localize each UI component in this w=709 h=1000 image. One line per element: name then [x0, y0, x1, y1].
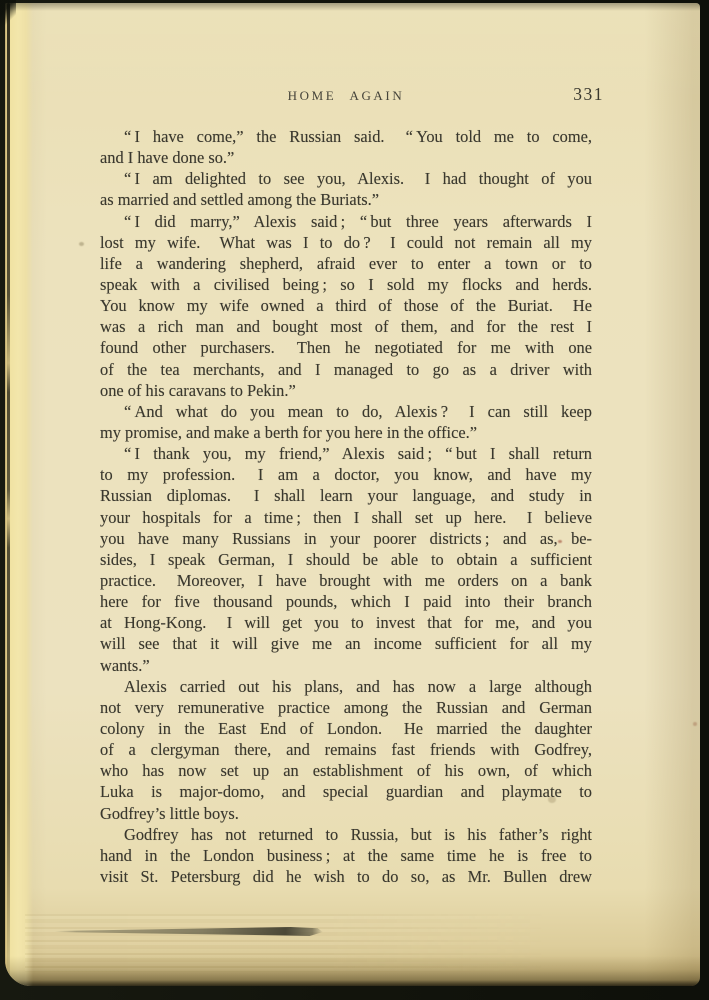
running-head-title: HOME AGAIN — [100, 87, 592, 105]
text-line: “ I thank you, my friend,” Alexis said ;… — [100, 443, 592, 464]
paper-speck — [693, 722, 697, 726]
text-line: You know my wife owned a third of those … — [100, 295, 592, 316]
text-line: will see that it will give me an income … — [100, 633, 592, 654]
text-line: found other purchasers. Then he negotiat… — [100, 337, 592, 358]
text-line: was a rich man and bought most of them, … — [100, 316, 592, 337]
text-line: as married and settled among the Buriats… — [100, 189, 592, 210]
page-number: 331 — [573, 84, 604, 105]
text-line: you have many Russians in your poorer di… — [100, 528, 592, 549]
text-line: life a wandering shepherd, afraid ever t… — [100, 253, 592, 274]
text-line: “ I am delighted to see you, Alexis. I h… — [100, 168, 592, 189]
text-line: Russian diplomas. I shall learn your lan… — [100, 485, 592, 506]
book-photo: HOME AGAIN 331 “ I have come,” the Russi… — [0, 0, 709, 1000]
text-line: not very remunerative practice among the… — [100, 697, 592, 718]
paper-speck — [79, 242, 84, 246]
book-page: HOME AGAIN 331 “ I have come,” the Russi… — [5, 3, 700, 986]
text-line: Alexis carried out his plans, and has no… — [100, 676, 592, 697]
binding-crease — [7, 3, 10, 976]
text-line: of the tea merchants, and I managed to g… — [100, 359, 592, 380]
text-line: Luka is major-domo, and special guardian… — [100, 781, 592, 802]
text-line: speak with a civilised being ; so I sold… — [100, 274, 592, 295]
text-line: lost my wife. What was I to do ? I could… — [100, 232, 592, 253]
text-line: one of his caravans to Pekin.” — [100, 380, 592, 401]
text-line: “ I have come,” the Russian said. “ You … — [100, 126, 592, 147]
page-top-shadow — [5, 3, 700, 11]
text-line: colony in the East End of London. He mar… — [100, 718, 592, 739]
text-line: my promise, and make a berth for you her… — [100, 422, 592, 443]
text-line: practice. Moreover, I have brought with … — [100, 570, 592, 591]
running-head: HOME AGAIN 331 — [100, 87, 592, 109]
text-line: your hospitals for a time ; then I shall… — [100, 507, 592, 528]
text-line: “ And what do you mean to do, Alexis ? I… — [100, 401, 592, 422]
text-line: hand in the London business ; at the sam… — [100, 845, 592, 866]
text-line: to my profession. I am a doctor, you kno… — [100, 464, 592, 485]
text-line: here for five thousand pounds, which I p… — [100, 591, 592, 612]
text-line: Godfrey has not returned to Russia, but … — [100, 824, 592, 845]
spine-corner-shadow — [0, 0, 16, 34]
text-line: visit St. Petersburg did he wish to do s… — [100, 866, 592, 887]
body-text: “ I have come,” the Russian said. “ You … — [100, 126, 592, 887]
text-line: wants.” — [100, 655, 592, 676]
text-line: and I have done so.” — [100, 147, 592, 168]
text-line: “ I did marry,” Alexis said ; “ but thre… — [100, 211, 592, 232]
page-content: HOME AGAIN 331 “ I have come,” the Russi… — [100, 87, 592, 887]
page-bottom-shadow — [5, 956, 700, 986]
text-line: of a clergyman there, and remains fast f… — [100, 739, 592, 760]
text-line: sides, I speak German, I should be able … — [100, 549, 592, 570]
text-line: who has now set up an establishment of h… — [100, 760, 592, 781]
text-line: Godfrey’s little boys. — [100, 803, 592, 824]
text-line: at Hong-Kong. I will get you to invest t… — [100, 612, 592, 633]
